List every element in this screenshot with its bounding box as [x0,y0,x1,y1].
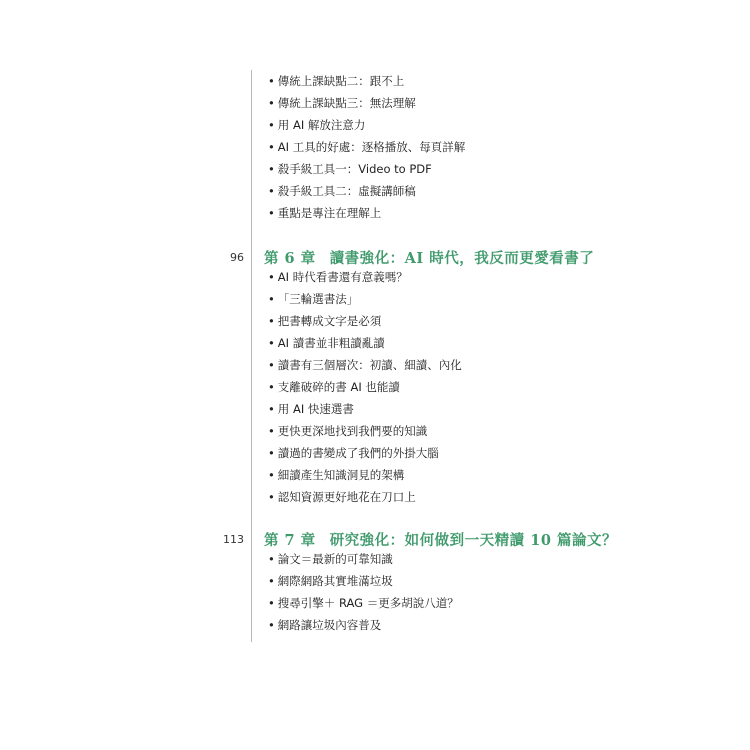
toc-item: •網際網路其實堆滿垃圾 [268,570,459,592]
bullet-icon: • [268,92,275,114]
toc-item: •讀過的書變成了我們的外掛大腦 [268,442,462,464]
section-1-items: •AI 時代看書還有意義嗎？ •「三輪選書法」 •把書轉成文字是必須 •AI 讀… [268,266,462,508]
bullet-icon: • [268,180,275,202]
toc-item: •更快更深地找到我們要的知識 [268,420,462,442]
toc-item: •傳統上課缺點二：跟不上 [268,70,465,92]
bullet-icon: • [268,114,275,136]
toc-item: •細讀產生知識洞見的架構 [268,464,462,486]
chapter-title: 研究強化：如何做到一天精讀 10 篇論文？ [330,532,617,549]
toc-item: •用 AI 快速選書 [268,398,462,420]
bullet-icon: • [268,288,275,310]
bullet-icon: • [268,570,275,592]
bullet-icon: • [268,464,275,486]
bullet-icon: • [268,442,275,464]
bullet-icon: • [268,354,275,376]
toc-item: •重點是專注在理解上 [268,202,465,224]
toc-item: •AI 時代看書還有意義嗎？ [268,266,462,288]
chapter-number: 第 6 章 [264,250,316,267]
bullet-icon: • [268,202,275,224]
toc-item: •用 AI 解放注意力 [268,114,465,136]
toc-item: •AI 讀書並非粗讀亂讀 [268,332,462,354]
toc-item: •傳統上課缺點三：無法理解 [268,92,465,114]
bullet-icon: • [268,70,275,92]
bullet-icon: • [268,266,275,288]
section-2-items: •論文＝最新的可靠知識 •網際網路其實堆滿垃圾 •搜尋引擎＋ RAG ＝更多胡說… [268,548,459,636]
toc-item: •支離破碎的書 AI 也能讀 [268,376,462,398]
page-number: 113 [214,533,244,546]
bullet-icon: • [268,310,275,332]
toc-item: •認知資源更好地花在刀口上 [268,486,462,508]
bullet-icon: • [268,332,275,354]
chapter-number: 第 7 章 [264,532,316,549]
bullet-icon: • [268,398,275,420]
bullet-icon: • [268,376,275,398]
toc-item: •AI 工具的好處：逐格播放、每頁詳解 [268,136,465,158]
bullet-icon: • [268,158,275,180]
toc-item: •讀書有三個層次：初讀、細讀、內化 [268,354,462,376]
toc-item: •殺手級工具一：Video to PDF [268,158,465,180]
section-0-items: •傳統上課缺點二：跟不上 •傳統上課缺點三：無法理解 •用 AI 解放注意力 •… [268,70,465,224]
toc-item: •把書轉成文字是必須 [268,310,462,332]
bullet-icon: • [268,614,275,636]
chapter-heading[interactable]: 第 7 章研究強化：如何做到一天精讀 10 篇論文？ [264,529,617,550]
bullet-icon: • [268,486,275,508]
toc-item: •論文＝最新的可靠知識 [268,548,459,570]
bullet-icon: • [268,420,275,442]
toc-item: •網路讓垃圾內容普及 [268,614,459,636]
chapter-title: 讀書強化：AI 時代，我反而更愛看書了 [330,250,595,267]
toc-item: •搜尋引擎＋ RAG ＝更多胡說八道？ [268,592,459,614]
chapter-heading[interactable]: 第 6 章讀書強化：AI 時代，我反而更愛看書了 [264,247,594,268]
toc-item: •殺手級工具二：虛擬講師稿 [268,180,465,202]
toc-item: •「三輪選書法」 [268,288,462,310]
bullet-icon: • [268,592,275,614]
bullet-icon: • [268,136,275,158]
bullet-icon: • [268,548,275,570]
toc-vertical-rule [251,70,252,642]
page-number: 96 [214,251,244,264]
